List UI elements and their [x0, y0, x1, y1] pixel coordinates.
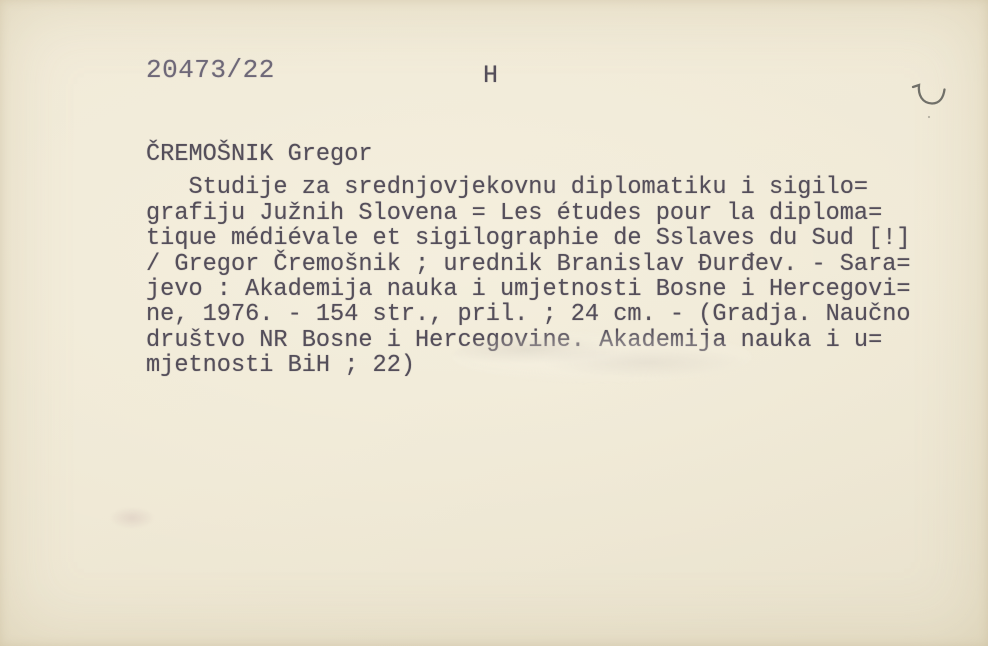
entry-line: / Gregor Čremošnik ; urednik Branislav Đ…	[146, 252, 911, 277]
call-number: 20473/22	[146, 55, 275, 85]
entry-line: Studije za srednjovjekovnu diplomatiku i…	[146, 175, 911, 200]
erasure-smudge	[452, 331, 752, 383]
entry-line: ne, 1976. - 154 str., pril. ; 24 cm. - (…	[146, 302, 911, 327]
catalog-card: 20473/22 H ČREMOŠNIK Gregor Studije za s…	[0, 0, 988, 646]
author-heading: ČREMOŠNIK Gregor	[146, 142, 911, 167]
pencil-smudge	[102, 502, 162, 534]
section-letter: H	[483, 61, 498, 90]
entry-line: tique médiévale et sigilographie de Ssla…	[146, 226, 911, 251]
entry-line: grafiju Južnih Slovena = Les études pour…	[146, 201, 911, 226]
entry-line: jevo : Akademija nauka i umjetnosti Bosn…	[146, 277, 911, 302]
pencil-check-mark-icon	[905, 74, 960, 129]
